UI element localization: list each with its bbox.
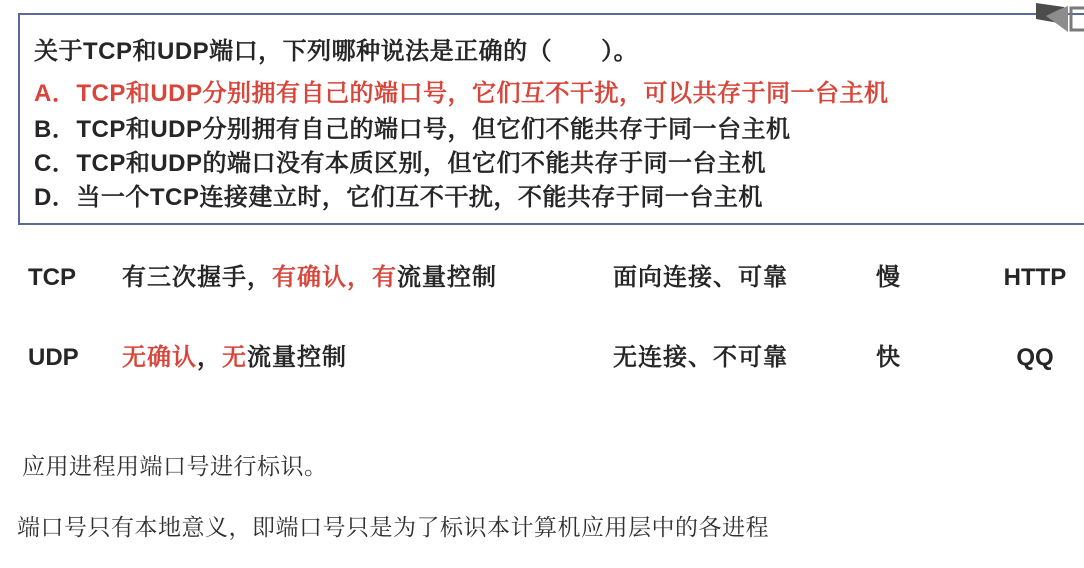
option-a: A．TCP和UDP分别拥有自己的端口号，它们互不干扰，可以共存于同一台主机 <box>34 79 889 109</box>
tcp-speed: 慢 <box>862 261 914 295</box>
question-box: 关于TCP和UDP端口，下列哪种说法是正确的（ ）。 A．TCP和UDP分别拥有… <box>18 13 1084 225</box>
udp-features: 无确认，无流量控制 <box>122 341 347 375</box>
udp-connection-type: 无连接、不可靠 <box>613 341 788 375</box>
speaker-icon[interactable] <box>1036 0 1084 44</box>
udp-feature-segment: ， <box>197 344 222 371</box>
tcp-feature-segment: 流量控制 <box>397 264 497 291</box>
tcp-features: 有三次握手，有确认，有流量控制 <box>122 261 497 295</box>
option-d: D．当一个TCP连接建立时，它们互不干扰，不能共存于同一台主机 <box>34 183 763 213</box>
udp-speed: 快 <box>862 341 914 375</box>
udp-feature-segment: 流量控制 <box>247 344 347 371</box>
tcp-feature-segment: 有 <box>372 264 397 291</box>
tcp-feature-segment: 有三次握手， <box>122 264 272 291</box>
tcp-row: TCP 有三次握手，有确认，有流量控制 面向连接、可靠 慢 HTTP <box>0 261 1084 295</box>
option-b: B．TCP和UDP分别拥有自己的端口号，但它们不能共存于同一台主机 <box>34 115 791 145</box>
tcp-feature-segment: 有确认， <box>272 264 372 291</box>
note-port-identification: 应用进程用端口号进行标识。 <box>22 452 328 480</box>
udp-example-app: QQ <box>993 341 1077 375</box>
tcp-protocol-label: TCP <box>28 261 112 295</box>
tcp-connection-type: 面向连接、可靠 <box>613 261 788 295</box>
udp-feature-segment: 无确认 <box>122 344 197 371</box>
udp-row: UDP 无确认，无流量控制 无连接、不可靠 快 QQ <box>0 341 1084 375</box>
slide: 关于TCP和UDP端口，下列哪种说法是正确的（ ）。 A．TCP和UDP分别拥有… <box>0 0 1084 568</box>
option-c: C．TCP和UDP的端口没有本质区别，但它们不能共存于同一台主机 <box>34 149 766 179</box>
question-stem: 关于TCP和UDP端口，下列哪种说法是正确的（ ）。 <box>34 37 638 67</box>
tcp-example-app: HTTP <box>993 261 1077 295</box>
udp-protocol-label: UDP <box>28 341 112 375</box>
udp-feature-segment: 无 <box>222 344 247 371</box>
note-port-local-meaning: 端口号只有本地意义，即端口号只是为了标识本计算机应用层中的各进程 <box>17 513 769 541</box>
